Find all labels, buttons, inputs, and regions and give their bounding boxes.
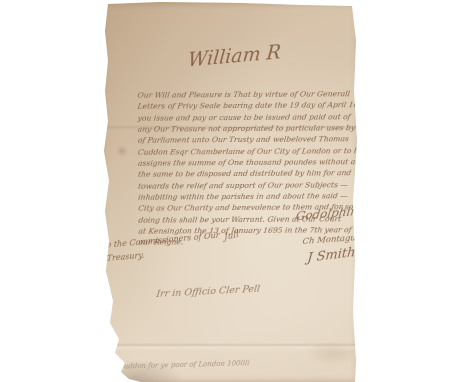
photo-background: William R Our Will and Pleasure is That … xyxy=(0,0,468,382)
royal-sign-manual: William R xyxy=(187,41,282,71)
manuscript-sheet: William R Our Will and Pleasure is That … xyxy=(101,1,360,382)
bottom-docket-annotation: Mr Cuddon for ye poor of London 1000li xyxy=(105,359,249,371)
warrant-body-text: Our Will and Pleasure is That by virtue … xyxy=(137,88,354,248)
countersignature-smith: J Smith xyxy=(307,245,356,266)
exchequer-docket: Irr in Officio Cler Pell xyxy=(156,284,261,301)
address-to-treasury-line2: Treasury. xyxy=(107,251,145,263)
